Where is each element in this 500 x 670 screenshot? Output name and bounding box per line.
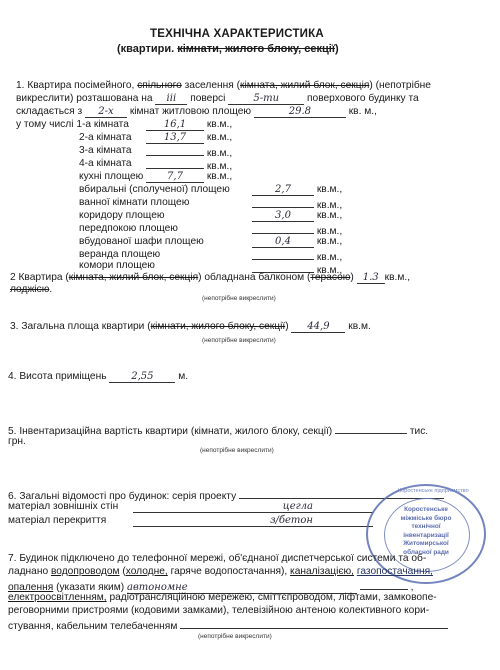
inventory-value-field[interactable] xyxy=(335,423,407,434)
struck-text: терасою xyxy=(310,272,350,283)
unit: кв.м., xyxy=(317,210,342,221)
underlined-text: газопостачання, xyxy=(357,566,433,577)
section6-line1: 6. Загальні відомості про будинок: серія… xyxy=(8,488,444,502)
section1-line3: складається з 2-х кімнат житловою площею… xyxy=(16,106,377,118)
toilet-label: вбиральні (сполученої) площею xyxy=(79,184,230,195)
toilet-field: 2,7 кв.м., xyxy=(252,184,342,196)
room-1-field: 16,1 кв.м., xyxy=(146,119,232,131)
living-area-field[interactable]: 29.8 xyxy=(254,106,346,118)
toilet-value[interactable]: 2,7 xyxy=(252,184,314,196)
section3-note: (непотрібне викреслити) xyxy=(202,337,276,344)
section5-note: (непотрібне викреслити) xyxy=(200,447,274,454)
bathroom-value[interactable] xyxy=(252,197,314,208)
underlined-text: електроосвітленням, xyxy=(8,592,107,603)
section2-note: (непотрібне викреслити) xyxy=(202,295,276,302)
stamp-line: Житомирської xyxy=(386,540,466,549)
room-2-field: 13,7 кв.м., xyxy=(146,132,232,144)
subtitle-text: (квартири. xyxy=(117,43,177,55)
subtitle-struck: кімнати, жилого блоку, секції xyxy=(177,43,335,55)
walls-value: цегла xyxy=(283,501,313,512)
text: радіотрансляційною мережею, сміттєпровод… xyxy=(107,592,437,603)
text: 2 Квартира ( xyxy=(10,272,69,283)
room-2-label: 2-а кімната xyxy=(79,132,132,143)
unit: кв.м., xyxy=(207,119,232,130)
text: 1. Квартира посімейного, xyxy=(16,80,137,91)
veranda-field: кв.м., xyxy=(252,249,342,263)
text: заселення ( xyxy=(182,80,240,91)
section7-line6: стування, кабельним телебаченням xyxy=(8,618,448,632)
section7-line2: ладнано водопроводом (холодне, гаряче во… xyxy=(8,566,433,577)
storage-label: комори площею xyxy=(79,260,155,271)
subtitle-close: ) xyxy=(335,43,339,55)
floor-field[interactable]: ііі xyxy=(155,93,187,105)
text: 5. Інвентаризаційна вартість квартири (к… xyxy=(8,426,335,437)
kitchen-label: кухні площею xyxy=(79,171,143,182)
section3-line: 3. Загальна площа квартири (кімнати, жил… xyxy=(10,321,371,333)
text: 3. Загальна площа квартири ( xyxy=(10,321,151,332)
room-4-value[interactable] xyxy=(146,158,204,169)
unit: кв.м., xyxy=(317,184,342,195)
veranda-label: веранда площею xyxy=(79,249,160,260)
heating-extra-field[interactable] xyxy=(360,579,408,590)
height-field[interactable]: 2,55 xyxy=(109,371,175,383)
section5-line1: 5. Інвентаризаційна вартість квартири (к… xyxy=(8,423,428,437)
unit: кв.м., xyxy=(207,132,232,143)
hallway-label: передпокою площею xyxy=(79,223,178,234)
struck-text: кімната, жилий блок, секція xyxy=(69,272,198,283)
ceiling-field[interactable]: з/бетон xyxy=(133,515,373,527)
text: 4. Висота приміщень xyxy=(8,371,109,382)
section2-line2: лоджією. xyxy=(10,284,52,295)
bathroom-field: кв.м., xyxy=(252,197,342,211)
closet-label: вбудованої шафи площею xyxy=(79,236,204,247)
section7-line5: реговорними пристроями (кодовими замками… xyxy=(8,605,429,616)
balcony-area-field[interactable]: 1.3 xyxy=(357,272,385,284)
ceiling-label: матеріал перекриття xyxy=(8,515,106,526)
room-4-field: кв.м., xyxy=(146,158,232,172)
corridor-label: коридору площею xyxy=(79,210,165,221)
section4-line: 4. Висота приміщень 2,55 м. xyxy=(8,371,188,383)
bathroom-label: ванної кімнати площею xyxy=(79,197,189,208)
room-3-label: 3-а кімната xyxy=(79,145,132,156)
text: кв. м., xyxy=(346,106,377,117)
section5-line2: грн. xyxy=(8,436,26,447)
closet-value[interactable]: 0,4 xyxy=(252,236,314,248)
text: стування, кабельним телебаченням xyxy=(8,621,177,632)
section7-line4: електроосвітленням, радіотрансляційною м… xyxy=(8,592,437,603)
walls-field[interactable]: цегла xyxy=(133,501,373,513)
text: викреслити) розташована на xyxy=(16,93,155,104)
room-3-value[interactable] xyxy=(146,145,204,156)
text: поверсі xyxy=(187,93,228,104)
text: ) (непотрібне xyxy=(369,80,431,91)
struck-text: кімнати, жилого блоку, секції xyxy=(151,321,286,332)
text: . xyxy=(49,284,52,295)
text: ладнано xyxy=(8,566,51,577)
text: поверхового будинку та xyxy=(304,93,418,104)
text: гаряче водопостачання), xyxy=(168,566,290,577)
struck-text: спільного xyxy=(137,80,182,91)
room-2-value[interactable]: 13,7 xyxy=(146,132,204,144)
incl-label: у тому числі 1-а кімната xyxy=(16,119,129,130)
text: тис. xyxy=(407,426,428,437)
stamp-center-text: Коростенське міжміське бюро технічної ін… xyxy=(386,506,466,557)
section1-line2: викреслити) розташована на ііі поверсі 5… xyxy=(16,93,419,105)
struck-text: кімната, жилий блок, секція xyxy=(240,80,369,91)
hallway-value[interactable] xyxy=(252,223,314,234)
stamp-line: міжміське бюро xyxy=(386,515,466,524)
storeys-field[interactable]: 5-ти xyxy=(228,93,304,105)
room-4-label: 4-а кімната xyxy=(79,158,132,169)
text: складається з xyxy=(16,106,85,117)
total-area-field[interactable]: 44,9 xyxy=(291,321,345,333)
text: кв.м. xyxy=(345,321,370,332)
hallway-field: кв.м., xyxy=(252,223,342,237)
ceiling-value: з/бетон xyxy=(270,515,313,526)
veranda-value[interactable] xyxy=(252,249,314,260)
room-1-value[interactable]: 16,1 xyxy=(146,119,204,131)
corridor-field: 3,0 кв.м., xyxy=(252,210,342,222)
underlined-text: холодне, xyxy=(126,566,168,577)
text: кімнат житловою площею xyxy=(127,106,254,117)
document-title: ТЕХНІЧНА ХАРАКТЕРИСТИКА xyxy=(150,28,324,40)
underlined-text: каналізацією, xyxy=(290,566,354,577)
closet-field: 0,4 кв.м., xyxy=(252,236,342,248)
section2-line1: 2 Квартира (кімната, жилий блок, секція)… xyxy=(10,272,410,284)
stamp-line: Коростенське xyxy=(386,506,466,515)
document-subtitle: (квартири. кімнати, жилого блоку, секції… xyxy=(117,43,339,55)
struck-text: лоджією xyxy=(10,284,49,295)
stamp-ring-text: Коростенське підприємство xyxy=(398,488,469,494)
cable-tv-field[interactable] xyxy=(180,618,448,629)
unit: кв.м., xyxy=(207,171,232,182)
text: ) обладнана балконом ( xyxy=(198,272,310,283)
corridor-value[interactable]: 3,0 xyxy=(252,210,314,222)
unit: кв.м., xyxy=(317,236,342,247)
kitchen-value[interactable]: 7,7 xyxy=(146,171,204,183)
stamp-line: технічної xyxy=(386,523,466,532)
stamp-line: інвентаризації xyxy=(386,532,466,541)
text: кв.м., xyxy=(385,272,410,283)
ceiling-field-wrap: з/бетон xyxy=(133,515,373,527)
walls-field-wrap: цегла xyxy=(133,501,373,513)
section7-note: (непотрібне викреслити) xyxy=(198,633,272,640)
walls-label: матеріал зовнішніх стін xyxy=(8,501,118,512)
section7-line1: 7. Будинок підключено до телефонної мере… xyxy=(8,553,426,564)
section1-line1: 1. Квартира посімейного, спільного засел… xyxy=(16,80,431,91)
kitchen-field: 7,7 кв.м., xyxy=(146,171,232,183)
rooms-count-field[interactable]: 2-х xyxy=(85,106,127,118)
underlined-text: водопроводом xyxy=(51,566,120,577)
room-3-field: кв.м., xyxy=(146,145,232,159)
text: м. xyxy=(175,371,188,382)
